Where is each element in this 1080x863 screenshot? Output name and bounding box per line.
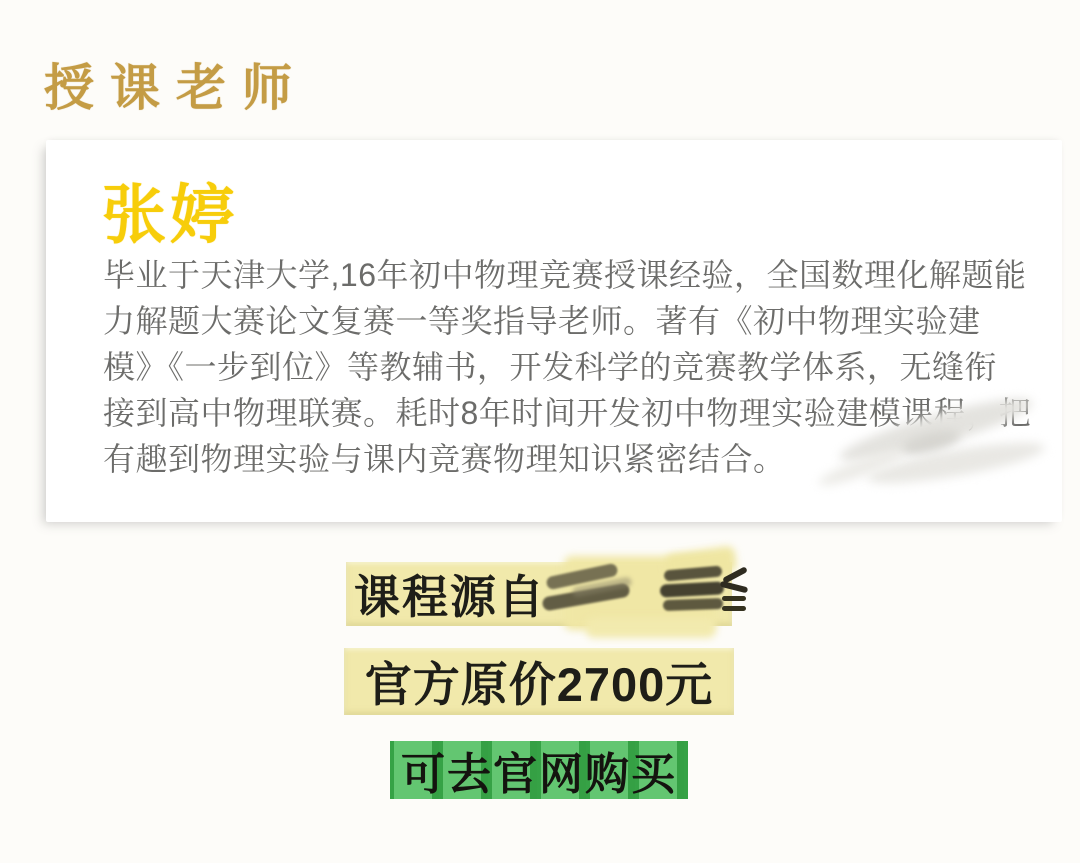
promo-poster: 授课老师 张婷 毕业于天津大学,16年初中物理竞赛授课经验，全国数理化解题能 力… bbox=[0, 0, 1080, 863]
bio-line: 力解题大赛论文复赛一等奖指导老师。著有《初中物理实验建 bbox=[103, 298, 1033, 344]
teacher-bio: 毕业于天津大学,16年初中物理竞赛授课经验，全国数理化解题能 力解题大赛论文复赛… bbox=[103, 252, 1033, 482]
page-title: 授课老师 bbox=[44, 48, 308, 120]
redacted-brand-smudge bbox=[546, 562, 732, 626]
teacher-card: 张婷 毕业于天津大学,16年初中物理竞赛授课经验，全国数理化解题能 力解题大赛论… bbox=[46, 140, 1062, 522]
bio-line: 接到高中物理联赛。耗时8年时间开发初中物理实验建模课程，把 bbox=[103, 390, 1033, 436]
buy-on-official-site-line: 可去官网购买 bbox=[390, 741, 688, 799]
original-price-line: 官方原价2700元 bbox=[344, 648, 734, 715]
bio-line: 模》《一步到位》等教辅书，开发科学的竞赛教学体系，无缝衔 bbox=[103, 344, 1033, 390]
bio-line: 毕业于天津大学,16年初中物理竞赛授课经验，全国数理化解题能 bbox=[103, 252, 1033, 298]
bio-line: 有趣到物理实验与课内竞赛物理知识紧密结合。 bbox=[103, 436, 1033, 482]
course-source-text: 课程源自 bbox=[354, 561, 546, 627]
original-price-text: 官方原价2700元 bbox=[365, 648, 714, 715]
teacher-name: 张婷 bbox=[102, 164, 238, 256]
buy-on-official-site-text: 可去官网购买 bbox=[401, 738, 677, 802]
course-source-line: 课程源自 bbox=[346, 562, 732, 626]
